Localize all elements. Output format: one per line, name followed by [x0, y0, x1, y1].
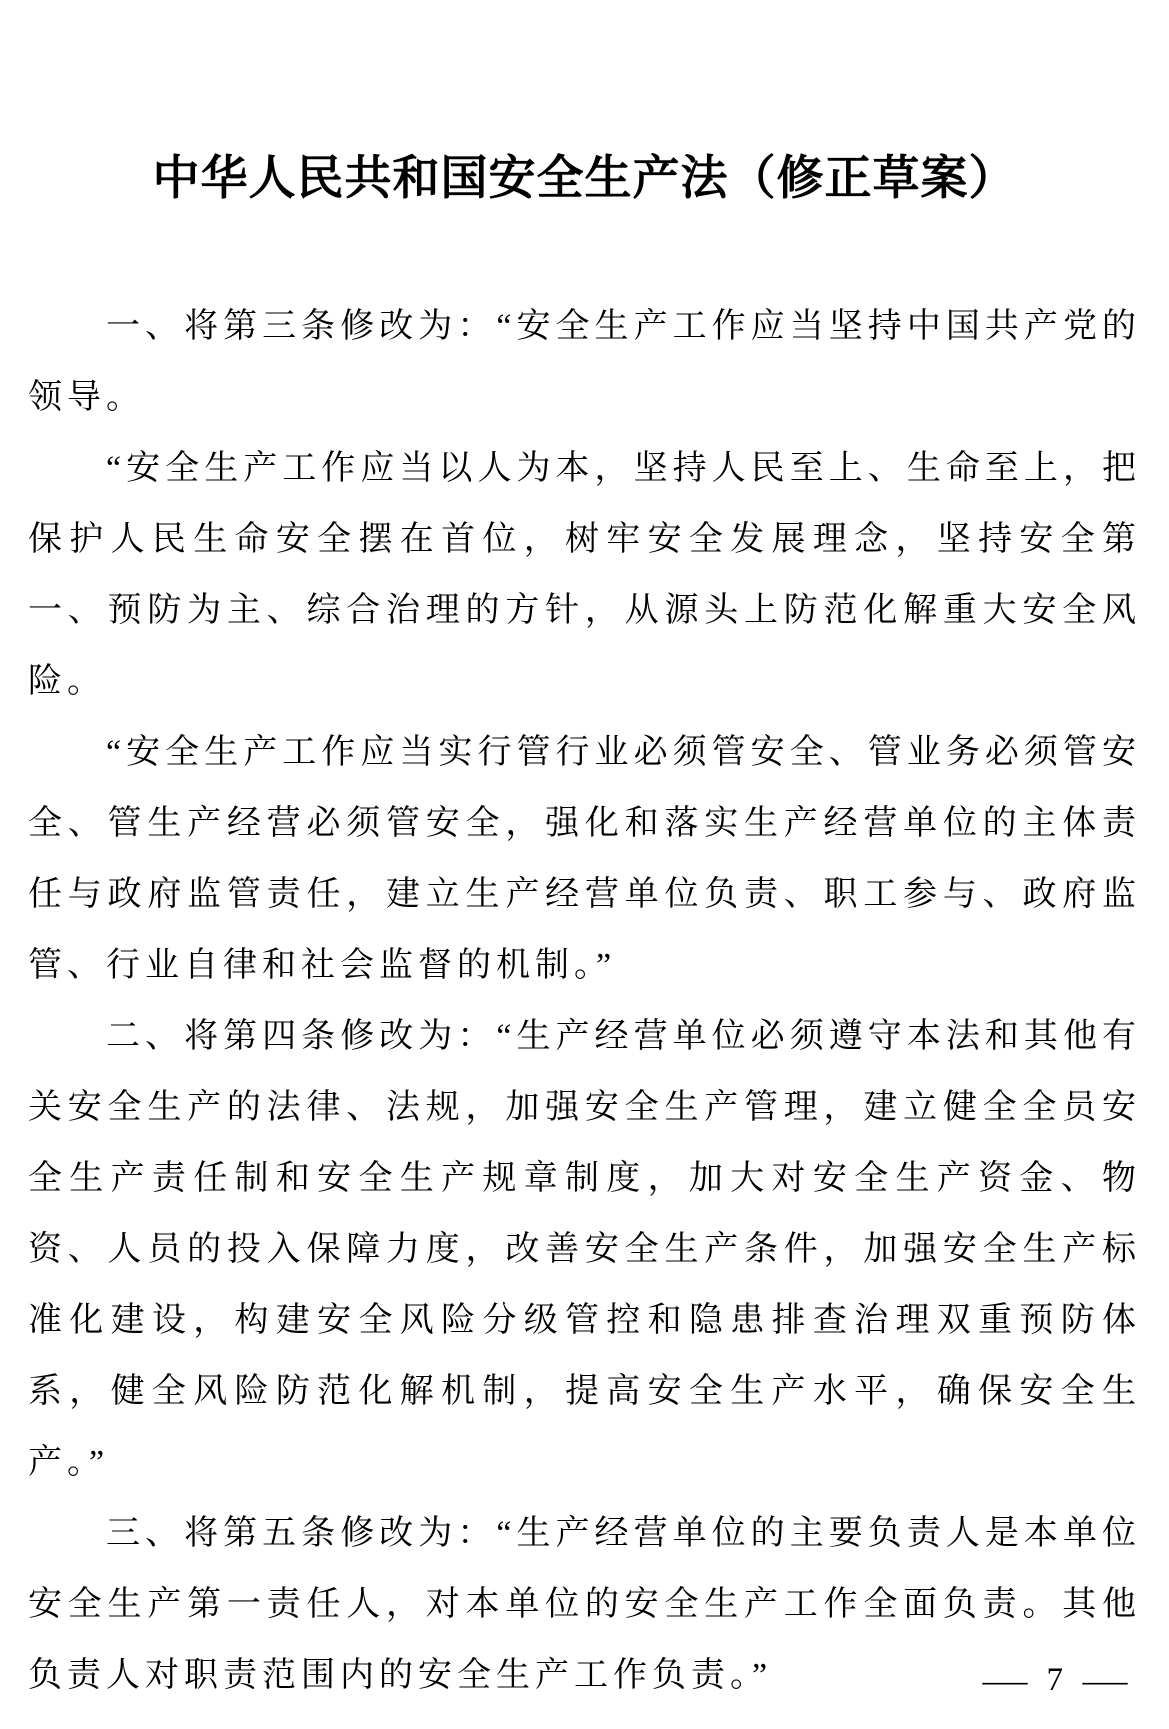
footer-right-dash: —	[1083, 1662, 1128, 1699]
page-footer: — 7 —	[989, 1662, 1122, 1699]
paragraph-article-1: 一、将第三条修改为：“安全生产工作应当坚持中国共产党的领导。	[28, 291, 1141, 433]
document-title: 中华人民共和国安全生产法（修正草案）	[0, 0, 1169, 211]
paragraph-article-3: 三、将第五条修改为：“生产经营单位的主要负责人是本单位安全生产第一责任人，对本单…	[28, 1498, 1141, 1711]
paragraph-article-2: 二、将第四条修改为：“生产经营单位必须遵守本法和其他有关安全生产的法律、法规，加…	[28, 1001, 1141, 1498]
paragraph-article-1-cont-1: “安全生产工作应当以人为本，坚持人民至上、生命至上，把保护人民生命安全摆在首位，…	[28, 433, 1141, 717]
document-page: 中华人民共和国安全生产法（修正草案） 一、将第三条修改为：“安全生产工作应当坚持…	[0, 0, 1169, 1729]
document-body: 一、将第三条修改为：“安全生产工作应当坚持中国共产党的领导。 “安全生产工作应当…	[28, 291, 1141, 1711]
page-number: 7	[1047, 1662, 1064, 1699]
paragraph-article-1-cont-2: “安全生产工作应当实行管行业必须管安全、管业务必须管安全、管生产经营必须管安全，…	[28, 717, 1141, 1001]
footer-left-dash: —	[982, 1662, 1027, 1699]
